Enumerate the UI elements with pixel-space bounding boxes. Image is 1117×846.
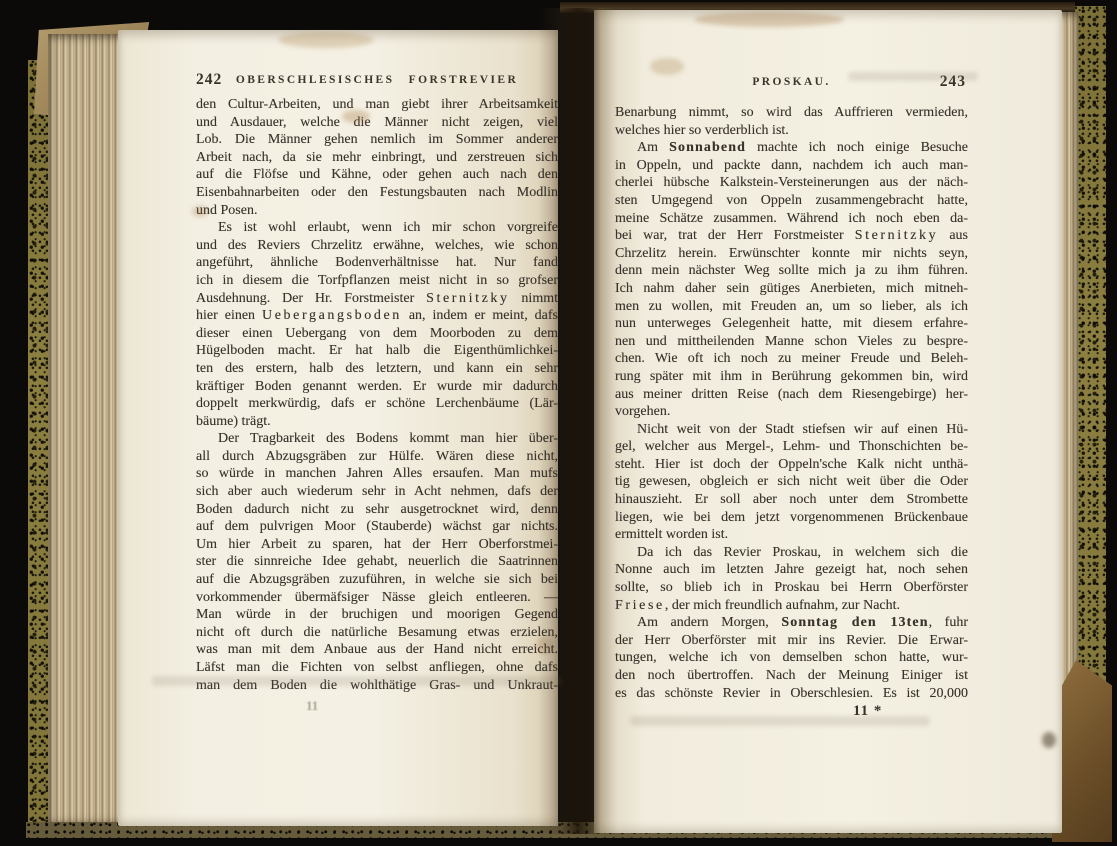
text-line: nen und mittheilenden Manne schon Vieles…: [615, 333, 968, 351]
running-title: OBERSCHLESISCHES FORSTREVIER: [196, 74, 558, 86]
foxing-spot: [1042, 732, 1056, 748]
text-line: all durch Abzugsgräben zur Hülfe. Wären …: [196, 448, 558, 466]
text-line: rung später mit ihm in Berührung gekomme…: [615, 368, 968, 386]
text-line: der Herr Oberförster mit mir ins Revier.…: [615, 632, 968, 650]
page-number: 242: [196, 71, 222, 89]
text-line: dieser einen Uebergang von dem Moorboden…: [196, 325, 558, 343]
text-line: Nonne auch im letzten Jahre gezeigt hat,…: [615, 561, 968, 579]
text-line: Man würde in der bruchigen und moorigen …: [196, 606, 558, 624]
text-line: Der Tragbarkeit des Bodens kommt man hie…: [196, 430, 558, 448]
text-line: ich in diesem die Torfpflanzen meist nic…: [196, 272, 558, 290]
text-line: sollte, so blieb ich in Proskau bei Herr…: [615, 579, 968, 597]
text-line: und des Reviers Chrzelitz erwähne, welch…: [196, 237, 558, 255]
foxing-spot: [278, 32, 374, 48]
text-line: den noch übertroffen. Nach der Meinung E…: [615, 667, 968, 685]
text-line: in Oppeln, und packte dann, nachdem ich …: [615, 157, 968, 175]
text-line: auf dem pulvrigen Moor (Stauberde) wächs…: [196, 518, 558, 536]
text-line: steht. Hier ist doch der Oppeln'sche Kal…: [615, 456, 968, 474]
text-line: Arbeit nach, da sie mehr einbringt, und …: [196, 149, 558, 167]
text-line: hinauszieht. Er soll aber noch unter dem…: [615, 491, 968, 509]
page-right: PROSKAU. 243 Benarbung nimmt, so wird da…: [594, 10, 1062, 833]
text-line: tig gewesen, obgleich er sich nicht weit…: [615, 473, 968, 491]
text-line: angeführt, ähnliche Bodenverhältnisse ha…: [196, 254, 558, 272]
foxing-spot: [192, 206, 208, 217]
text-line: Friese, der mich freundlich aufnahm, zur…: [615, 597, 968, 615]
text-line: vorgehen.: [615, 403, 968, 421]
text-line: aus meiner dritten Reise (nach dem Riese…: [615, 386, 968, 404]
text-line: nicht oft durch die natürliche Besamung …: [196, 624, 558, 642]
text-line: Ich nahm daher sein gütiges Anerbieten, …: [615, 280, 968, 298]
book-scan: 242 OBERSCHLESISCHES FORSTREVIER den Cul…: [0, 0, 1117, 846]
show-through-smudge: [630, 716, 930, 726]
text-line: Chrzelitz herein. Erwünschter konnte mir…: [615, 245, 968, 263]
foxing-spot: [536, 636, 554, 654]
page-left: 242 OBERSCHLESISCHES FORSTREVIER den Cul…: [118, 30, 558, 826]
text-line: sich aber auch wiederum sehr in Acht neh…: [196, 483, 558, 501]
text-line: bei war, trat der Herr Forstmeister Ster…: [615, 227, 968, 245]
page-body-left: den Cultur-Arbeiten, und man giebt ihrer…: [196, 96, 558, 694]
text-line: Eisenbahnarbeiten oder den Festungsbaute…: [196, 184, 558, 202]
text-line: ster die sinnreiche Idee gehabt, neuerli…: [196, 553, 558, 571]
foxing-spot: [694, 12, 844, 27]
text-line: cherlei hübsche Kalkstein-Versteinerunge…: [615, 174, 968, 192]
text-line: hier einen Uebergangsboden an, indem er …: [196, 307, 558, 325]
text-line: Da ich das Revier Proskau, in welchem si…: [615, 544, 968, 562]
text-line: und Posen.: [196, 202, 558, 220]
text-line: auf die Abzugsgräben zuzuführen, in welc…: [196, 571, 558, 589]
text-line: chen. Wie oft ich noch zu meiner Freude …: [615, 350, 968, 368]
text-line: Hügelboden macht. Er hat halb die Eigent…: [196, 342, 558, 360]
text-line: gel, welcher aus Mergel-, Lehm- und Thon…: [615, 438, 968, 456]
text-line: sten Umgegend von Oppeln zusammengebrach…: [615, 192, 968, 210]
text-line: auf die Flöfse und Kähne, oder gehen auc…: [196, 166, 558, 184]
ghost-page-number: 11: [306, 698, 318, 714]
text-line: Es ist wohl erlaubt, wenn ich mir schon …: [196, 219, 558, 237]
text-line: tungen, welche ich von demselben schon h…: [615, 649, 968, 667]
text-line: Läfst man die Fichten von selbst anflieg…: [196, 659, 558, 677]
text-line: Ausdehnung. Der Hr. Forstmeister Sternit…: [196, 290, 558, 308]
text-line: ten des erstern, halb des letztern, und …: [196, 360, 558, 378]
text-line: men zu wollen, mit Freuden an, um so lie…: [615, 298, 968, 316]
foxing-spot: [342, 110, 370, 123]
text-line: was man mit dem Anbaue aus der Hand nich…: [196, 641, 558, 659]
text-line: nun unterweges Gelegenheit hatte, mit di…: [615, 315, 968, 333]
text-line: Am Sonnabend machte ich noch einige Besu…: [615, 139, 968, 157]
text-line: meine Schätze zusammen. Während ich noch…: [615, 210, 968, 228]
text-line: so würde in manchen Jahren Alles ersaufe…: [196, 465, 558, 483]
text-line: Um hier Arbeit zu sparen, hat der Herr O…: [196, 536, 558, 554]
text-line: welches hier so verderblich ist.: [615, 122, 968, 140]
text-line: den Cultur-Arbeiten, und man giebt ihrer…: [196, 96, 558, 114]
text-line: Benarbung nimmt, so wird das Auffrieren …: [615, 104, 968, 122]
text-line: kräftiger Boden genannt werden. Er wurde…: [196, 378, 558, 396]
show-through-smudge: [152, 676, 562, 686]
text-line: Lob. Die Männer gehen nemlich im Sommer …: [196, 131, 558, 149]
text-line: vorkommender übermäfsiger Nässe gleich e…: [196, 589, 558, 607]
text-line: Boden dadurch nicht zu sehr ausgetrockne…: [196, 501, 558, 519]
show-through-smudge: [848, 72, 978, 81]
page-body-right: Benarbung nimmt, so wird das Auffrieren …: [615, 104, 968, 721]
text-line: Am andern Morgen, Sonntag den 13ten, fuh…: [615, 614, 968, 632]
text-line: es das schönste Revier in Oberschlesien.…: [615, 685, 968, 703]
text-line: Nicht weit von der Stadt stiefsen wir au…: [615, 421, 968, 439]
foxing-spot: [650, 58, 684, 75]
text-line: ermittelt worden ist.: [615, 526, 968, 544]
text-line: und Ausdauer, welche die Männer nicht ze…: [196, 114, 558, 132]
text-line: denn mein nächster Weg sollte mich ja zu…: [615, 262, 968, 280]
text-line: liegen, wie bei dem jetzt vorgenommenen …: [615, 509, 968, 527]
text-line: bäume) trägt.: [196, 413, 558, 431]
text-line: doppelt merkwürdig, dafs er schöne Lerch…: [196, 395, 558, 413]
running-head-left: 242 OBERSCHLESISCHES FORSTREVIER: [196, 74, 558, 92]
